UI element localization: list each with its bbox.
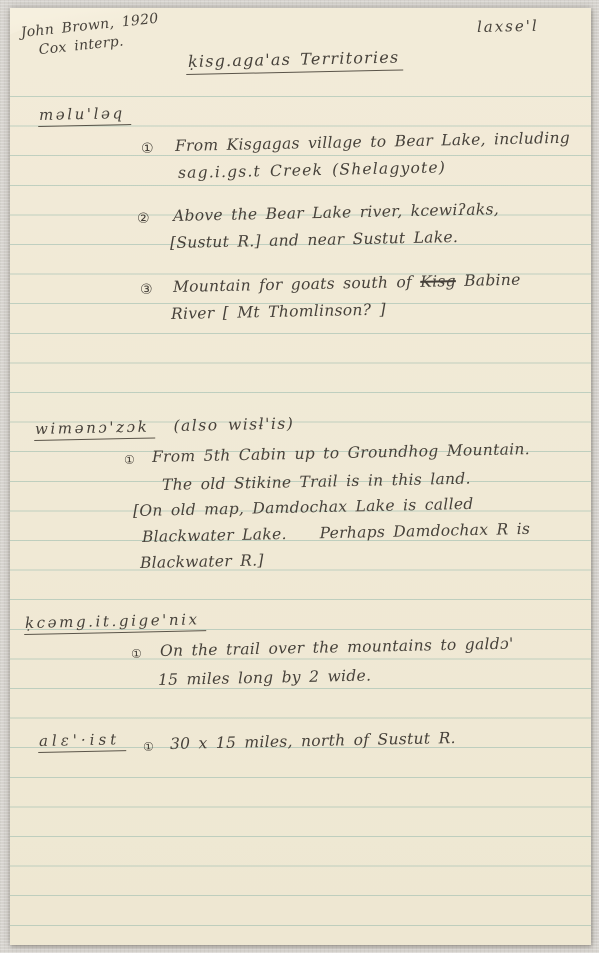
section-1-heading: məlu'ləq [38,104,131,127]
section-2-heading: wimənɔ'zɔk [34,417,156,441]
section-2-heading-note: (also wisƚ'is) [173,415,294,436]
section-4-heading-wrap: alɛ'·ist [38,730,127,750]
item-marker: ② [137,211,150,227]
section-3-heading: ḳcəmg.it.gige'nix [24,610,206,635]
page-title: ḳisg.aga'as Territories [186,47,404,75]
item-marker: ① [143,740,154,754]
item-marker: ① [141,141,154,157]
struck-word: Kisg [420,272,456,291]
item-marker: ① [131,647,142,661]
item-marker: ① [124,453,135,467]
page-title-wrap: ḳisg.aga'as Territories [186,47,404,71]
section-1-heading-wrap: məlu'ləq [38,104,131,124]
top-right-label: laxse'l [477,17,539,36]
text-after-strike: Babine [456,271,521,290]
bracket-note-line: Blackwater R.] [140,551,264,572]
section-4-heading: alɛ'·ist [38,730,127,753]
section-3-heading-wrap: ḳcəmg.it.gige'nix [24,610,206,632]
item-marker: ③ [140,282,153,298]
